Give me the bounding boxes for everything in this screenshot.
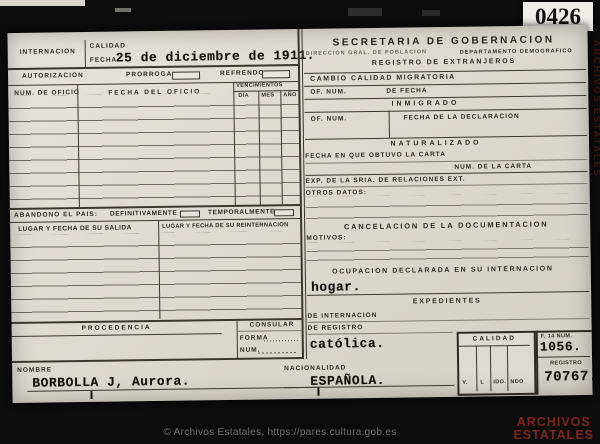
- empty-ruled-rows: [306, 239, 588, 262]
- divider: [12, 333, 222, 337]
- divider: [389, 111, 390, 138]
- calidad-col-ido: IDO.: [493, 379, 506, 385]
- of-num2-label: OF. NUM.: [311, 115, 348, 123]
- scan-artifact: [0, 0, 85, 6]
- refrendo-checkbox: [262, 70, 290, 78]
- header-title: SECRETARIA DE GOBERNACION: [300, 34, 588, 49]
- divider: [305, 159, 587, 164]
- fecha-declaracion-label: FECHA DE LA DECLARACION: [404, 113, 520, 122]
- dotted-leader: [264, 340, 298, 341]
- record-card: INTERNACION CALIDAD FECHA 25 de diciembr…: [7, 25, 592, 403]
- archive-stamp-line2: ESTATALES: [513, 429, 594, 442]
- f14-value: 1056.: [540, 339, 582, 355]
- inmigrado-label: INMIGRADO: [300, 98, 550, 108]
- cambio-label: CAMBIO CALIDAD MIGRATORIA: [310, 74, 456, 83]
- de-registro-label: DE REGISTRO: [308, 324, 364, 332]
- scanned-document-viewer: 0426 INTERNACION CALIDAD FECHA 25 de dic…: [0, 0, 600, 444]
- expedientes-label: EXPEDIENTES: [303, 296, 591, 307]
- calidad-col-ndo: NDO: [510, 379, 524, 385]
- empty-ruled-rows: [10, 231, 301, 321]
- internacion-label: INTERNACION: [20, 48, 76, 56]
- num-carta-label: NUM. DE LA CARTA: [454, 163, 532, 171]
- temporalmente-label: TEMPORALMENTE: [208, 208, 275, 216]
- ocupacion-label: OCUPACION DECLARADA EN SU INTERNACION: [303, 265, 583, 276]
- divider: [85, 40, 86, 67]
- temporalmente-checkbox: [274, 209, 294, 216]
- header-registry: REGISTRO DE EXTRANJEROS: [300, 57, 588, 68]
- salida-label: LUGAR Y FECHA DE SU SALIDA: [18, 224, 132, 233]
- empty-ruled-rows: [8, 92, 300, 208]
- religion-value: católica.: [310, 336, 385, 352]
- calidad-col-l: L: [480, 379, 484, 385]
- archive-credit-watermark: © Archivos Estatales, https://pares.cult…: [0, 427, 560, 438]
- tick-mark: [90, 391, 92, 399]
- prorroga-checkbox: [172, 71, 200, 79]
- header-sub-left: DIRECCION GRAL. DE POBLACION: [306, 49, 427, 57]
- calidad-col-v: V.: [462, 380, 468, 386]
- divider: [237, 330, 302, 332]
- de-internacion-label: DE INTERNACION: [307, 312, 377, 320]
- consular-label: CONSULAR: [249, 321, 294, 329]
- divider: [12, 357, 302, 363]
- nombre-label: NOMBRE: [17, 366, 52, 373]
- nacionalidad-label: NACIONALIDAD: [284, 364, 346, 372]
- dotted-leader: [258, 352, 298, 354]
- autorizacion-label: AUTORIZACION: [22, 72, 84, 80]
- fecha-label: FECHA: [90, 57, 117, 64]
- registro-value: 70767.: [544, 369, 598, 386]
- reinternacion-label: LUGAR Y FECHA DE SU REINTERNACION: [162, 222, 288, 230]
- cancelacion-label: CANCELACION DE LA DOCUMENTACION: [302, 219, 590, 232]
- scan-artifact: [115, 8, 131, 12]
- calidad-box-title: CALIDAD: [457, 335, 532, 343]
- archive-stamp-watermark: ARCHIVOS ESTATALES: [513, 416, 594, 442]
- divider: [308, 332, 453, 335]
- divider: [305, 108, 587, 113]
- ocupacion-value: hogar.: [311, 279, 361, 295]
- col-vencimientos: VENCIMIENTOS: [236, 82, 283, 89]
- empty-ruled-rows: [306, 193, 588, 221]
- registro-label: REGISTRO: [550, 360, 582, 366]
- refrendo-label: REFRENDO: [220, 69, 265, 77]
- calidad-label: CALIDAD: [90, 42, 126, 50]
- definitivamente-label: DEFINITIVAMENTE: [110, 210, 177, 218]
- divider: [304, 82, 586, 87]
- fecha-value: 25 de diciembre de 1911.: [116, 48, 315, 66]
- definitivamente-checkbox: [180, 210, 200, 217]
- archive-stamp-side-watermark: ARCHIVOS ESTATALES: [592, 40, 600, 178]
- of-num-label: OF. NUM.: [310, 88, 347, 96]
- header-sub-right: DEPARTAMENTO DEMOGRAFICO: [460, 48, 573, 56]
- scan-artifact: [348, 8, 382, 16]
- procedencia-label: PROCEDENCIA: [82, 324, 152, 332]
- naturalizado-label: NATURALIZADO: [301, 138, 571, 149]
- abandono-label: ABANDONO EL PAIS:: [14, 211, 98, 219]
- prorroga-label: PRORROGA: [126, 71, 172, 79]
- exp-label: EXP. DE LA SRIA. DE RELACIONES EXT.: [305, 176, 465, 185]
- tick-mark: [317, 388, 319, 396]
- fecha-carta-label: FECHA EN QUE OBTUVO LA CARTA: [305, 151, 446, 160]
- motivos-label: MOTIVOS:: [306, 234, 346, 242]
- de-fecha-label: DE FECHA: [386, 87, 427, 95]
- scan-artifact: [422, 10, 440, 16]
- divider: [236, 319, 238, 358]
